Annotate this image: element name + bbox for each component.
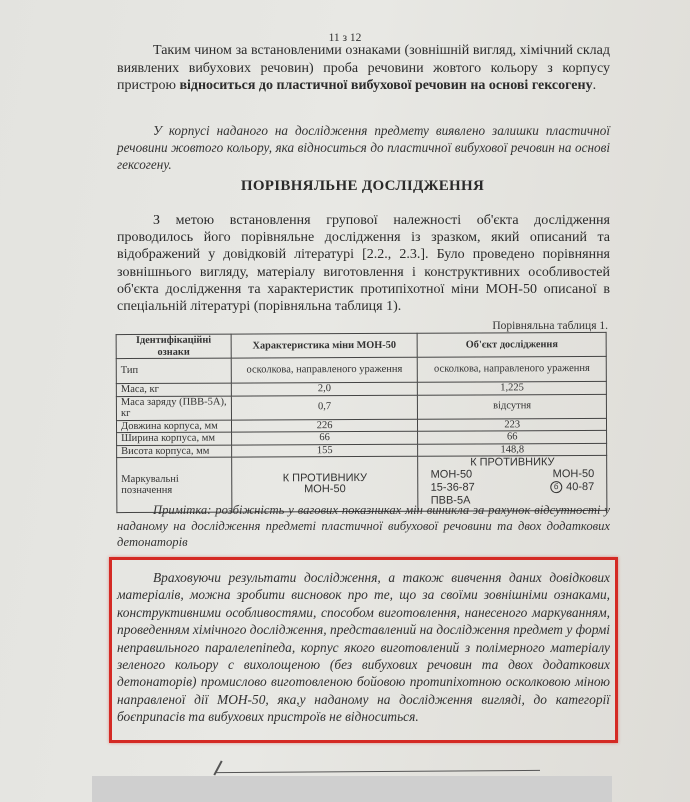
table-cell: 66 bbox=[231, 431, 418, 444]
object-marking-title: К ПРОТИВНИКУ bbox=[423, 457, 603, 469]
bottom-overlay bbox=[92, 776, 612, 802]
table-cell: осколкова, направленого ураження bbox=[231, 357, 418, 383]
object-marking-left: МОН-50 bbox=[431, 469, 513, 482]
section-heading: ПОРІВНЯЛЬНЕ ДОСЛІДЖЕННЯ bbox=[0, 178, 690, 195]
table-header-row: Ідентифікаційні ознаки Характеристика мі… bbox=[116, 332, 606, 358]
table-cell-label: Ширина корпуса, мм bbox=[117, 432, 232, 445]
object-marking-right: б40-87 bbox=[512, 481, 594, 494]
object-marking-left: 15-36-87 bbox=[431, 482, 513, 495]
object-marking-right: МОН-50 bbox=[512, 468, 594, 481]
table-header: Характеристика міни МОН-50 bbox=[231, 333, 418, 358]
table-header: Об'єкт дослідження bbox=[417, 332, 606, 357]
table-cell: відсутня bbox=[418, 394, 607, 419]
table-cell-label: Маса заряду (ПВВ-5А), кг bbox=[116, 396, 231, 421]
table-cell: 148,8 bbox=[418, 443, 607, 456]
table-cell-label: Довжина корпуса, мм bbox=[116, 420, 231, 433]
table-cell: 66 bbox=[418, 430, 607, 443]
table-note: Примітка: розбіжність у вагових показник… bbox=[117, 502, 610, 550]
table-cell: осколкова, направленого ураження bbox=[418, 356, 607, 382]
paragraph-explosive-finding: Таким чином за встановленими ознаками (з… bbox=[117, 42, 610, 95]
table-cell: 2,0 bbox=[231, 382, 418, 395]
reference-marking-line: МОН-50 bbox=[236, 484, 414, 496]
circled-letter-icon: б bbox=[550, 481, 562, 493]
table-cell-label: Тип bbox=[116, 358, 231, 384]
table-cell: 1,225 bbox=[418, 381, 607, 394]
conclusion-paragraph: Враховуючи результати дослідження, а так… bbox=[117, 569, 610, 726]
table-row: Маса заряду (ПВВ-5А), кг 0,7 відсутня bbox=[116, 394, 606, 420]
table-row: Тип осколкова, направленого ураження оск… bbox=[116, 356, 606, 383]
signature-mark bbox=[213, 760, 222, 775]
object-marking-code: 40-87 bbox=[566, 481, 594, 493]
comparison-table: Ідентифікаційні ознаки Характеристика мі… bbox=[116, 332, 608, 513]
table-header: Ідентифікаційні ознаки bbox=[116, 334, 231, 359]
table-cell-label: Маса, кг bbox=[116, 383, 231, 396]
table-cell: 155 bbox=[231, 444, 418, 457]
table-cell: 0,7 bbox=[231, 395, 418, 420]
paragraph-comparison-intro: З метою встановлення групової належності… bbox=[117, 212, 610, 315]
document-page: 11 з 12 Таким чином за встановленими озн… bbox=[0, 0, 690, 802]
table-cell: 223 bbox=[418, 418, 607, 431]
table-cell: 226 bbox=[231, 419, 418, 432]
paragraph-residue-italic: У корпусі наданого на дослідження предме… bbox=[117, 122, 610, 173]
table-cell-label: Висота корпуса, мм bbox=[117, 445, 232, 458]
paragraph-end: . bbox=[593, 78, 597, 93]
signature-line bbox=[215, 770, 540, 773]
table-caption: Порівняльна таблиця 1. bbox=[492, 320, 608, 332]
paragraph-bold-conclusion: відноситься до пластичної вибухової речо… bbox=[179, 78, 592, 93]
